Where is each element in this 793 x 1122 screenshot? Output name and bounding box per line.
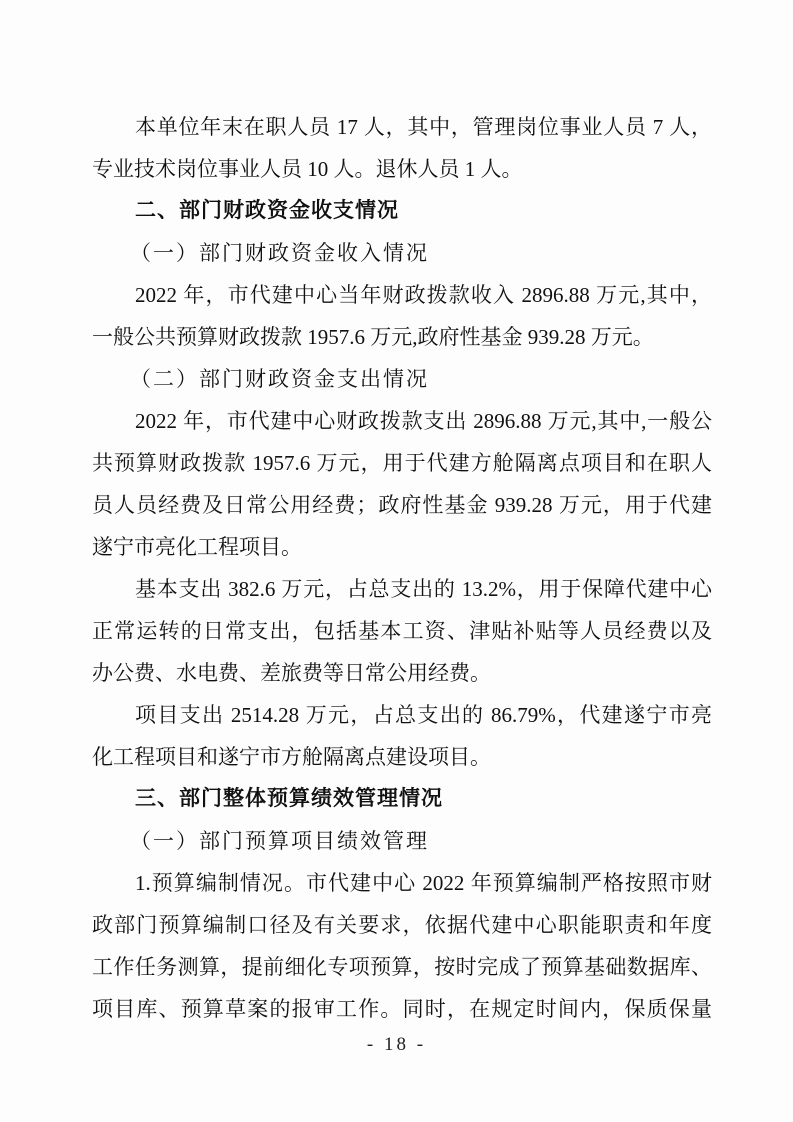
paragraph-line: 一般公共预算财政拨款 1957.6 万元,政府性基金 939.28 万元。 <box>92 316 712 358</box>
paragraph-line: 项目支出 2514.28 万元，占总支出的 86.79%，代建遂宁市亮 <box>92 694 712 736</box>
subsection-heading: （一）部门预算项目绩效管理 <box>92 820 712 862</box>
paragraph-line: 专业技术岗位事业人员 10 人。退休人员 1 人。 <box>92 148 712 190</box>
paragraph-line: 员人员经费及日常公用经费；政府性基金 939.28 万元，用于代建 <box>92 484 712 526</box>
document-page: 本单位年末在职人员 17 人，其中，管理岗位事业人员 7 人， 专业技术岗位事业… <box>0 0 793 1122</box>
paragraph-line: 政部门预算编制口径及有关要求，依据代建中心职能职责和年度 <box>92 904 712 946</box>
subsection-heading: （一）部门财政资金收入情况 <box>92 232 712 274</box>
document-content: 本单位年末在职人员 17 人，其中，管理岗位事业人员 7 人， 专业技术岗位事业… <box>92 106 712 1030</box>
paragraph-line: 化工程项目和遂宁市方舱隔离点建设项目。 <box>92 736 712 778</box>
paragraph-line: 2022 年，市代建中心财政拨款支出 2896.88 万元,其中,一般公 <box>92 400 712 442</box>
subsection-heading: （二）部门财政资金支出情况 <box>92 358 712 400</box>
paragraph-line: 工作任务测算，提前细化专项预算，按时完成了预算基础数据库、 <box>92 946 712 988</box>
paragraph-line: 正常运转的日常支出，包括基本工资、津贴补贴等人员经费以及 <box>92 610 712 652</box>
paragraph-line: 2022 年，市代建中心当年财政拨款收入 2896.88 万元,其中， <box>92 274 712 316</box>
page-number: - 18 - <box>0 1024 793 1066</box>
paragraph-line: 基本支出 382.6 万元，占总支出的 13.2%，用于保障代建中心 <box>92 568 712 610</box>
paragraph-line: 1.预算编制情况。市代建中心 2022 年预算编制严格按照市财 <box>92 862 712 904</box>
paragraph-line: 遂宁市亮化工程项目。 <box>92 526 712 568</box>
paragraph-line: 办公费、水电费、差旅费等日常公用经费。 <box>92 652 712 694</box>
paragraph-line: 本单位年末在职人员 17 人，其中，管理岗位事业人员 7 人， <box>92 106 712 148</box>
section-heading: 二、部门财政资金收支情况 <box>92 190 712 232</box>
paragraph-line: 共预算财政拨款 1957.6 万元，用于代建方舱隔离点项目和在职人 <box>92 442 712 484</box>
section-heading: 三、部门整体预算绩效管理情况 <box>92 778 712 820</box>
